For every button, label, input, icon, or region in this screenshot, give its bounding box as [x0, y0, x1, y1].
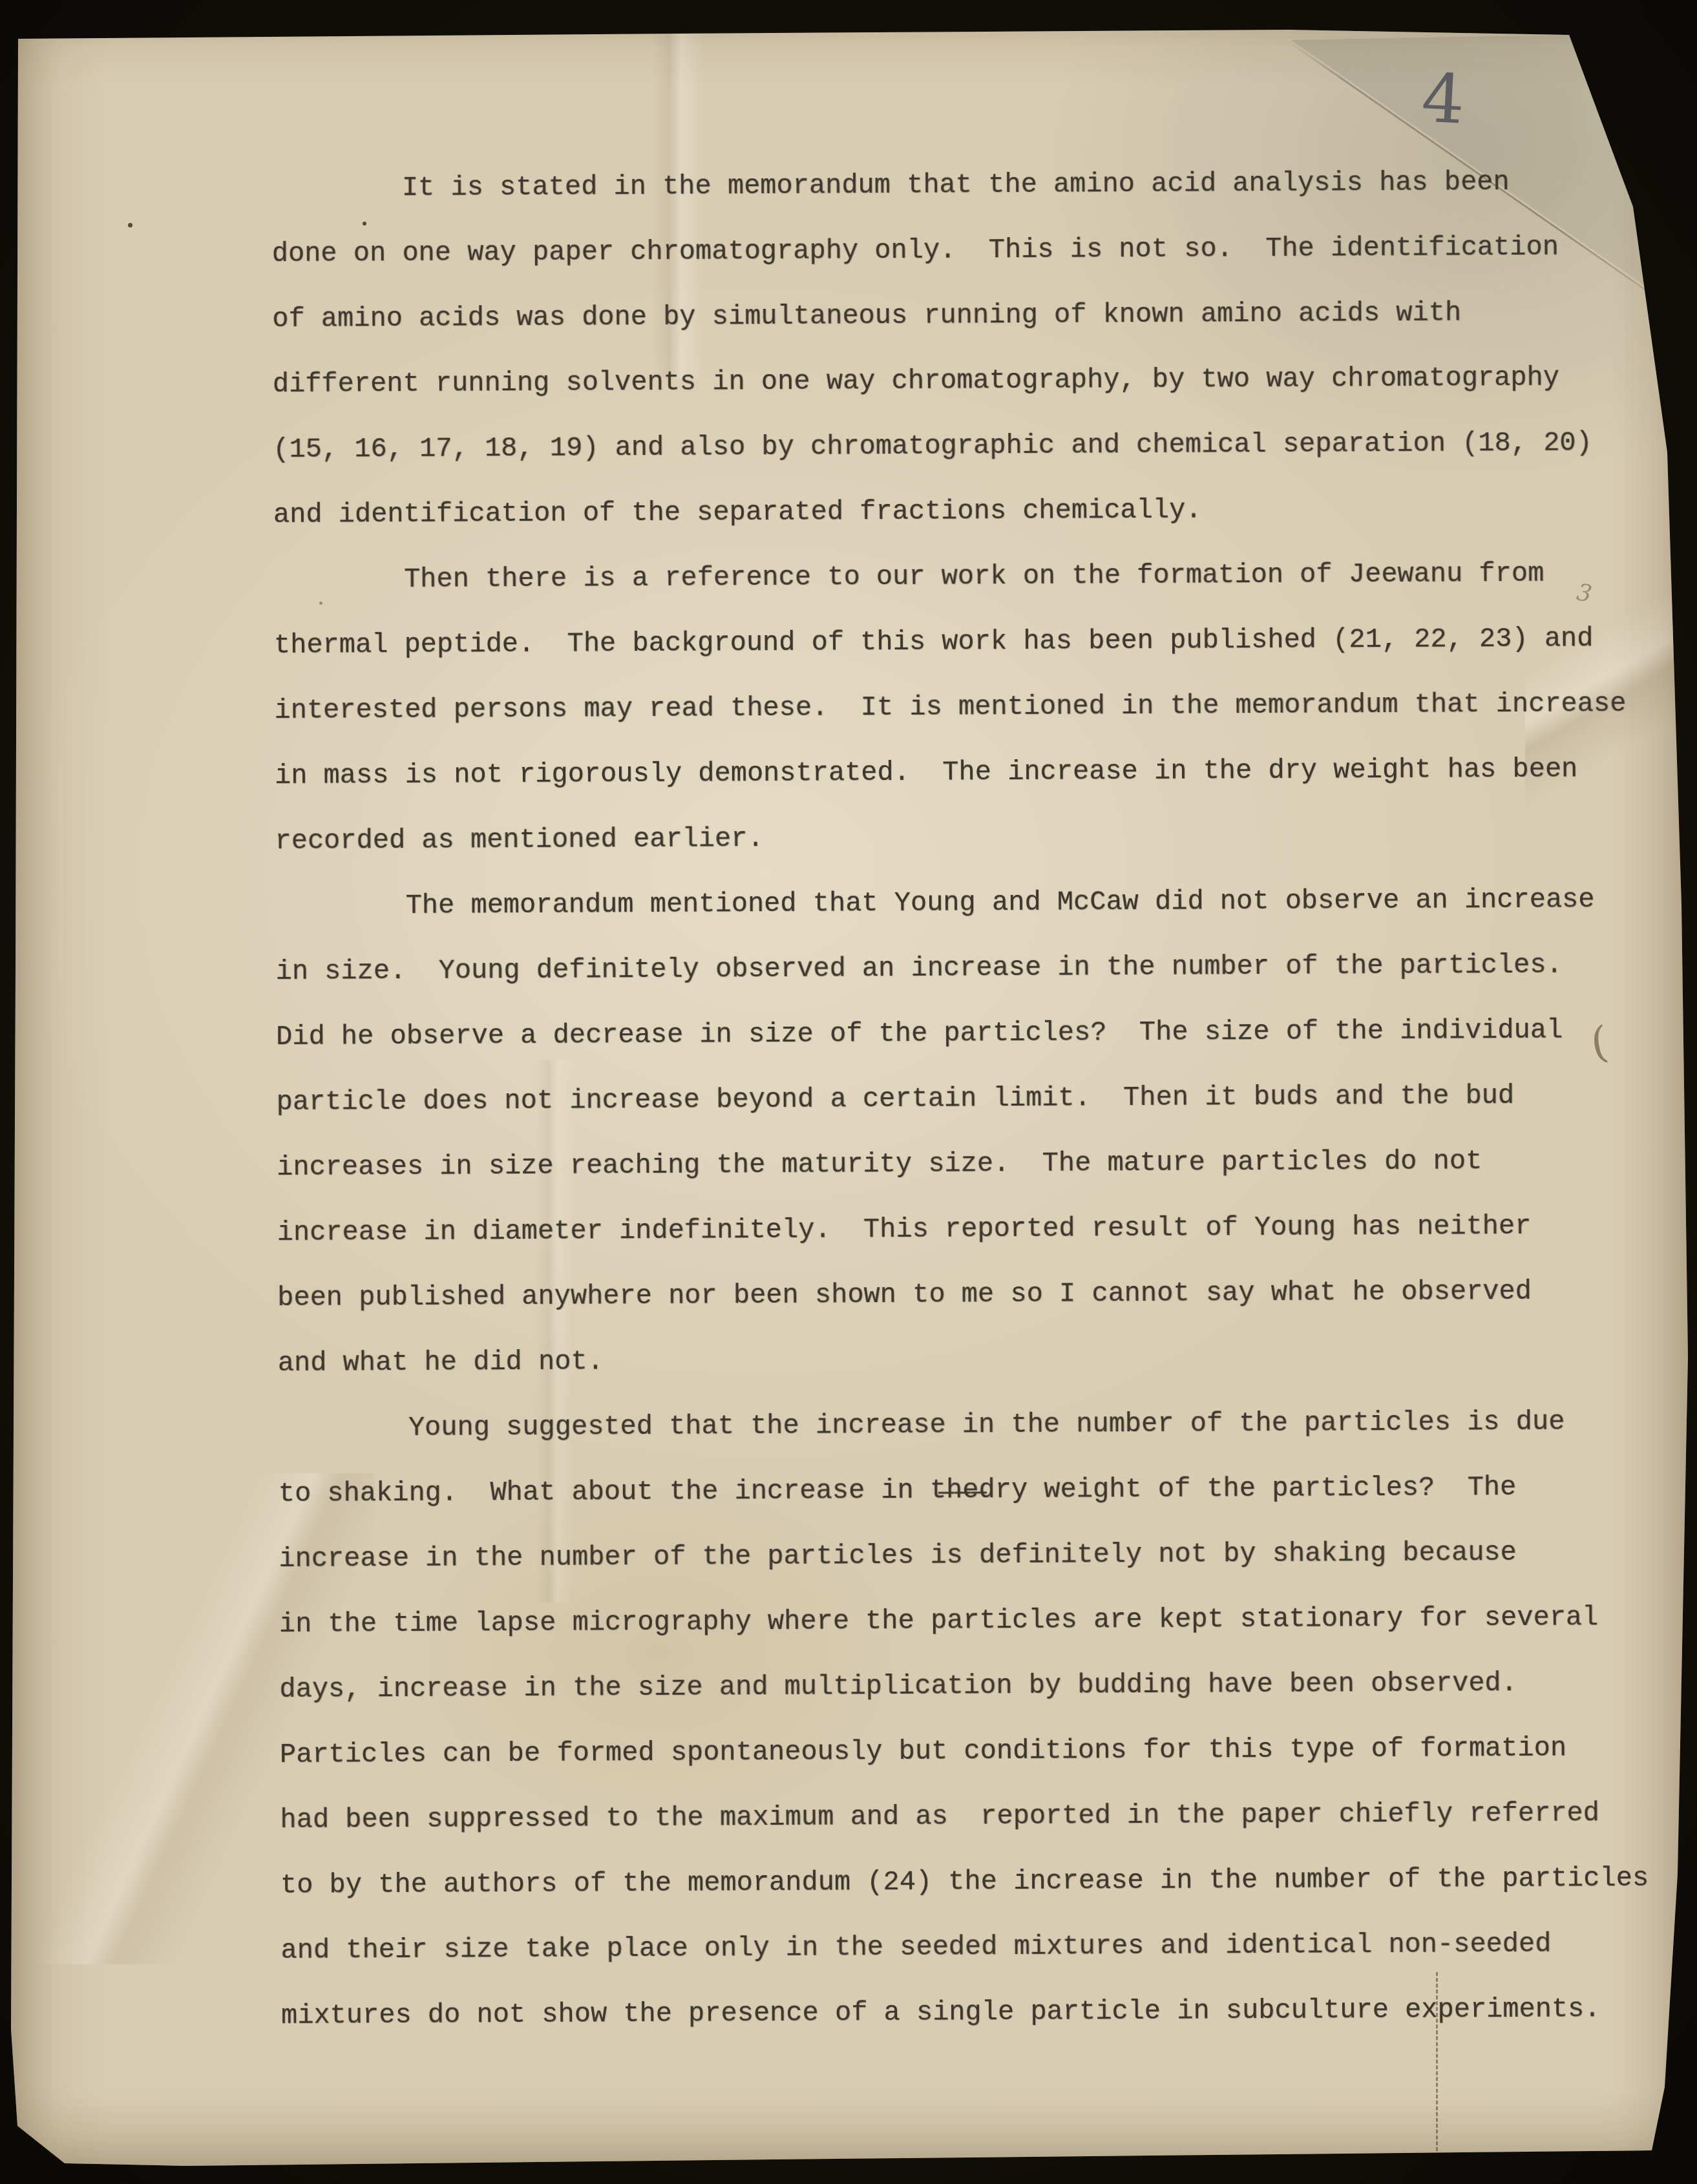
text-line: had been suppressed to the maximum and a…	[280, 1780, 1697, 1853]
text-line: and identification of the separated frac…	[273, 475, 1695, 548]
text-line: The memorandum mentioned that Young and …	[275, 866, 1697, 940]
text-line: of amino acids was done by simultaneous …	[272, 279, 1694, 352]
text-line: to by the authors of the memorandum (24)…	[280, 1845, 1697, 1918]
text-line: It is stated in the memorandum that the …	[271, 149, 1693, 222]
text-line: in size. Young definitely observed an in…	[275, 932, 1697, 1005]
text-line: Did he observe a decrease in size of the…	[276, 997, 1697, 1070]
text-line: been published anywhere nor been shown t…	[277, 1258, 1697, 1331]
text-line: to shaking. What about the increase in t…	[279, 1454, 1697, 1527]
typewritten-text: It is stated in the memorandum that the …	[271, 149, 1697, 2048]
text-line: and their size take place only in the se…	[280, 1911, 1697, 1984]
text-line: Then there is a reference to our work on…	[273, 540, 1695, 613]
text-line: done on one way paper chromatography onl…	[272, 214, 1694, 287]
text-line: particle does not increase beyond a cert…	[276, 1062, 1697, 1135]
text-line: and what he did not.	[278, 1323, 1697, 1396]
text-line: (15, 16, 17, 18, 19) and also by chromat…	[273, 410, 1694, 483]
paper-page: It is stated in the memorandum that the …	[0, 0, 1697, 2184]
text-line: Particles can be formed spontaneously bu…	[280, 1715, 1697, 1788]
scan-background: It is stated in the memorandum that the …	[0, 0, 1697, 2184]
handwritten-page-number: 4	[1420, 58, 1466, 139]
text-line: increase in the number of the particles …	[279, 1519, 1697, 1592]
text-line: Young suggested that the increase in the…	[278, 1389, 1697, 1462]
text-line: in the time lapse micrography where the …	[279, 1584, 1697, 1657]
text-line: in mass is not rigorously demonstrated. …	[275, 736, 1696, 809]
text-line: increase in diameter indefinitely. This …	[277, 1193, 1697, 1266]
text-line: thermal peptide. The background of this …	[274, 605, 1696, 678]
paper-speck	[128, 223, 132, 227]
text-line: recorded as mentioned earlier.	[275, 801, 1696, 874]
text-line: increases in size reaching the maturity …	[277, 1128, 1697, 1201]
text-line: days, increase in the size and multiplic…	[279, 1650, 1697, 1723]
text-line: different running solvents in one way ch…	[273, 344, 1694, 417]
text-line: interested persons may read these. It is…	[274, 671, 1696, 744]
text-line: mixtures do not show the presence of a s…	[281, 1976, 1697, 2049]
